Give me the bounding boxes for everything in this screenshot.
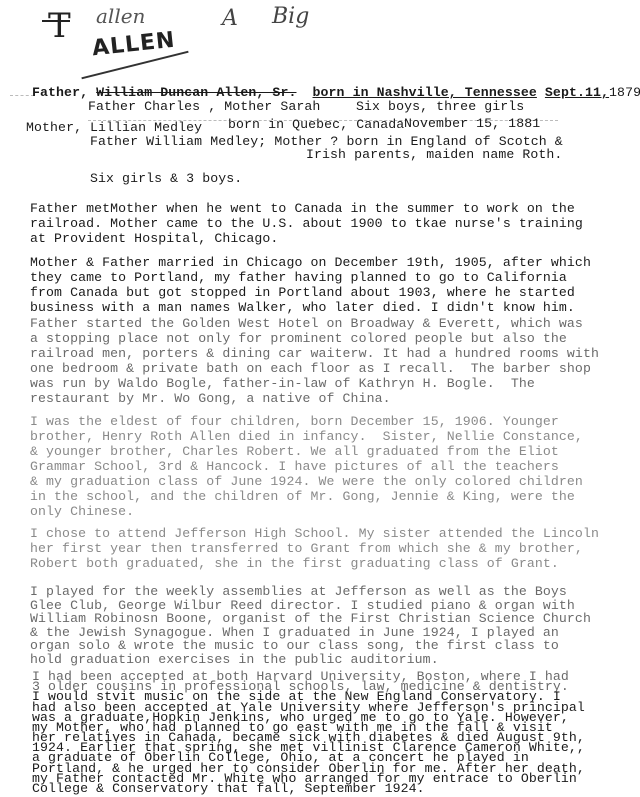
text-line: business with a man names Walker, who la… <box>30 300 575 315</box>
text-line: in the school, and the children of Mr. G… <box>30 489 575 504</box>
text-line: Father started the Golden West Hotel on … <box>30 316 583 331</box>
text-line: her first year then transferred to Grant… <box>30 541 583 556</box>
mother-birth-date: November 15, 1881 <box>404 116 540 131</box>
mother-birth: born in Quebec, Canada <box>228 117 404 132</box>
handwritten-word: Big <box>272 4 309 29</box>
text-line: College & Conservatory that fall, Septem… <box>32 782 425 796</box>
text-line: railroad. Mother came to the U.S. about … <box>30 216 583 231</box>
handwritten-mark: T <box>48 6 71 46</box>
text-line: only Chinese. <box>30 504 134 519</box>
mother-siblings: Six girls & 3 boys. <box>90 171 242 186</box>
text-line: Robert both graduated, she in the first … <box>30 556 559 571</box>
text-line: Grammar School, 3rd & Hancock. I have pi… <box>30 459 559 474</box>
text-line: & my graduation class of June 1924. We w… <box>30 474 583 489</box>
text-line: I chose to attend Jefferson High School.… <box>30 526 599 541</box>
text-line: Mother & Father married in Chicago on De… <box>30 255 591 270</box>
father-birth: born in Nashville, Tennessee <box>313 85 537 100</box>
scan-rule <box>10 95 34 96</box>
text-line: restaurant by Mr. Wo Gong, a native of C… <box>30 391 391 406</box>
text-line: Father metMother when he went to Canada … <box>30 201 575 216</box>
text-line: at Provident Hospital, Chicago. <box>30 231 278 246</box>
father-label: Father, <box>32 85 88 100</box>
father-parents: Father Charles , Mother Sarah <box>88 99 320 114</box>
text-line: a stopping place not only for prominent … <box>30 331 567 346</box>
text-line: railroad men, porters & dining car waite… <box>30 346 599 361</box>
father-birth-year: 1879 <box>609 85 640 100</box>
text-line: from Canada but got stopped in Portland … <box>30 285 575 300</box>
father-name-struck: William Duncan Allen, Sr. <box>96 85 296 100</box>
mother-parents-line2: Irish parents, maiden name Roth. <box>306 147 562 162</box>
text-line: & younger brother, Charles Robert. We al… <box>30 444 559 459</box>
text-line: one bedroom & private bath on each floor… <box>30 361 591 376</box>
father-birth-date: Sept.11, <box>545 85 609 100</box>
handwritten-script-name: allen <box>96 4 145 28</box>
mother-name: Lillian Medley <box>90 120 202 135</box>
text-line: I was the eldest of four children, born … <box>30 414 559 429</box>
document-page: T allen A Big ALLEN Father, William Dunc… <box>0 0 640 797</box>
text-line: they came to Portland, my father having … <box>30 270 567 285</box>
father-line: Father, William Duncan Allen, Sr. born i… <box>32 85 640 100</box>
text-line: brother, Henry Roth Allen died in infanc… <box>30 429 583 444</box>
text-line: was run by Waldo Bogle, father-in-law of… <box>30 376 535 391</box>
text-line: hold graduation exercises in the public … <box>30 652 439 667</box>
handwritten-initial: A <box>222 6 238 31</box>
father-siblings: Six boys, three girls <box>356 99 524 114</box>
mother-label: Mother, <box>26 120 82 135</box>
